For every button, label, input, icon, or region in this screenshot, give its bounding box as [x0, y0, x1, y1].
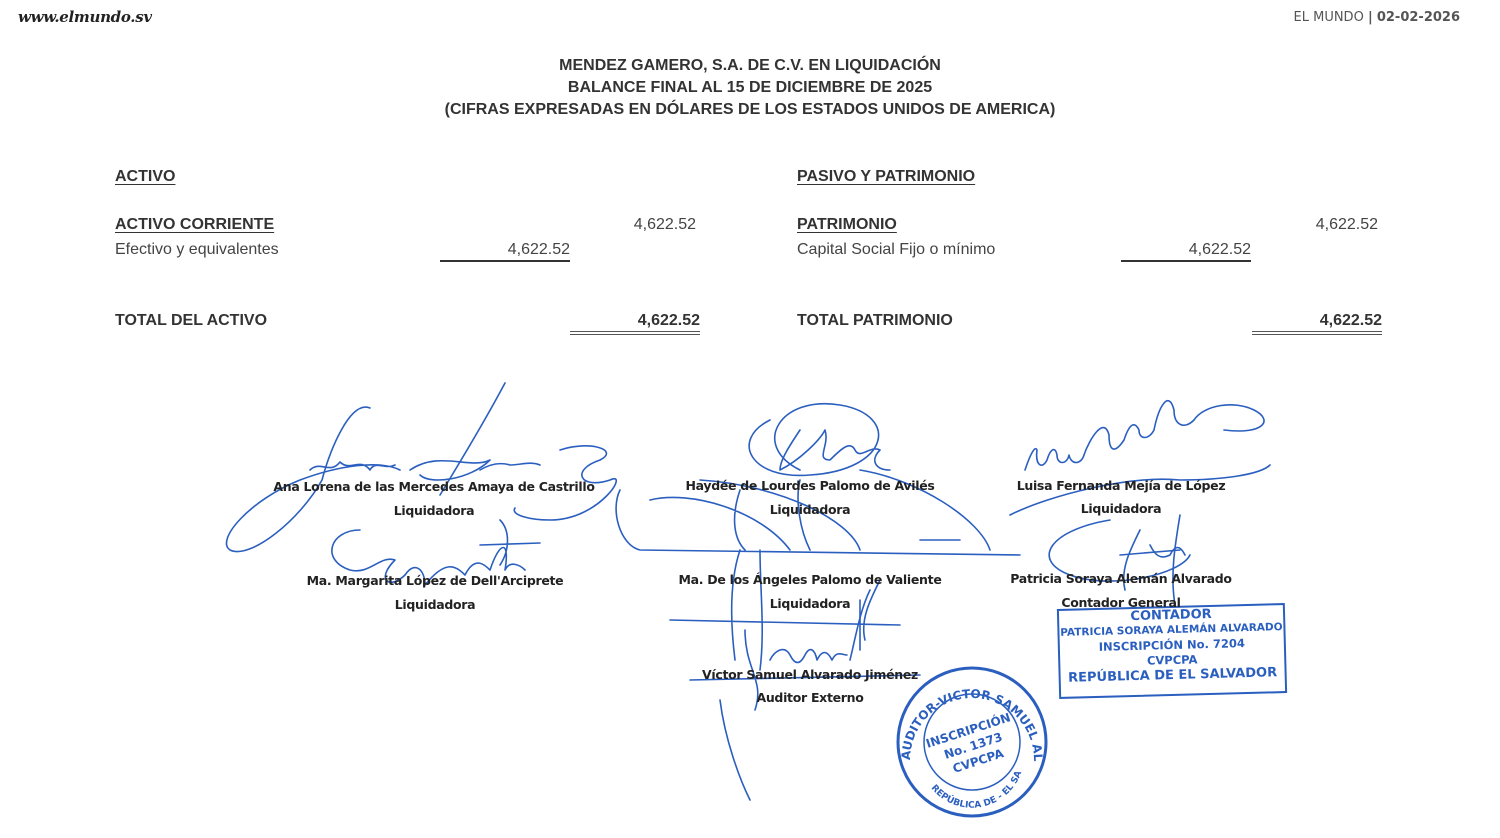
signature-aleman: [1049, 515, 1190, 605]
separator: |: [1368, 10, 1373, 25]
assets-heading: ACTIVO: [115, 168, 175, 186]
statement-title: BALANCE FINAL AL 15 DE DICIEMBRE DE 2025: [0, 77, 1500, 99]
cash-label: Efectivo y equivalentes: [115, 241, 279, 259]
signatory-name: Ma. Margarita López de Dell'Arciprete: [307, 573, 564, 588]
auditor-stamp-cvpcpa: CVPCPA: [951, 746, 1006, 776]
publication-name: EL MUNDO: [1294, 10, 1364, 25]
auditor-stamp-bottom-text: REPÚBLICA DE - EL SALVADOR -: [0, 0, 1024, 811]
total-assets-amount: 4,622.52: [570, 312, 700, 335]
total-equity-label: TOTAL PATRIMONIO: [797, 312, 953, 330]
signature-amaya: [226, 383, 616, 552]
signatory-role: Liquidadora: [1081, 501, 1162, 516]
company-name: MENDEZ GAMERO, S.A. DE C.V. EN LIQUIDACI…: [0, 55, 1500, 77]
auditor-stamp-text: AUDITOR-VICTOR SAMUEL ALVARADO JIMENEZ R…: [0, 0, 1500, 838]
document-title: MENDEZ GAMERO, S.A. DE C.V. EN LIQUIDACI…: [0, 55, 1500, 121]
signatory-name: Ma. De los Ángeles Palomo de Valiente: [679, 572, 942, 587]
current-assets-total: 4,622.52: [566, 216, 696, 234]
svg-text:REPÚBLICA DE - EL SALVADOR -: REPÚBLICA DE - EL SALVADOR -: [0, 0, 1024, 811]
signatory-name: Patricia Soraya Alemán Alvarado: [1010, 571, 1231, 586]
liabilities-equity-heading: PASIVO Y PATRIMONIO: [797, 168, 975, 186]
signatory-role: Liquidadora: [395, 597, 476, 612]
total-assets-label: TOTAL DEL ACTIVO: [115, 312, 267, 330]
auditor-stamp-number: No. 1373: [942, 730, 1004, 762]
current-assets-heading: ACTIVO CORRIENTE: [115, 216, 274, 234]
signatory-name: Víctor Samuel Alvarado Jiménez: [702, 667, 918, 682]
signatory-role: Liquidadora: [770, 596, 851, 611]
masthead: EL MUNDO | 02-02-2026: [1294, 10, 1460, 25]
signatory-role: Auditor Externo: [756, 690, 863, 705]
site-url: www.elmundo.sv: [18, 8, 152, 26]
signature-mejia: [1010, 401, 1270, 515]
signatory-role: Liquidadora: [770, 502, 851, 517]
signatory-name: Luisa Fernanda Mejía de López: [1017, 478, 1226, 493]
signatory-role: Contador General: [1061, 595, 1180, 610]
publication-date: 02-02-2026: [1377, 10, 1460, 25]
capital-label: Capital Social Fijo o mínimo: [797, 241, 995, 259]
total-equity-amount: 4,622.52: [1252, 312, 1382, 335]
cash-amount: 4,622.52: [440, 241, 570, 262]
signatory-name: Ana Lorena de las Mercedes Amaya de Cast…: [273, 479, 594, 494]
auditor-stamp-inscription: INSCRIPCIÓN: [924, 709, 1012, 750]
capital-amount: 4,622.52: [1121, 241, 1251, 262]
signatory-name: Haydée de Lourdes Palomo de Avilés: [685, 478, 934, 493]
signatory-role: Liquidadora: [394, 503, 475, 518]
currency-note: (CIFRAS EXPRESADAS EN DÓLARES DE LOS EST…: [0, 99, 1500, 121]
equity-heading: PATRIMONIO: [797, 216, 897, 234]
auditor-stamp: [898, 668, 1046, 816]
accountant-stamp: CONTADOR PATRICIA SORAYA ALEMÁN ALVARADO…: [1057, 603, 1287, 699]
equity-total: 4,622.52: [1248, 216, 1378, 234]
signatures-ink: [0, 0, 1500, 838]
